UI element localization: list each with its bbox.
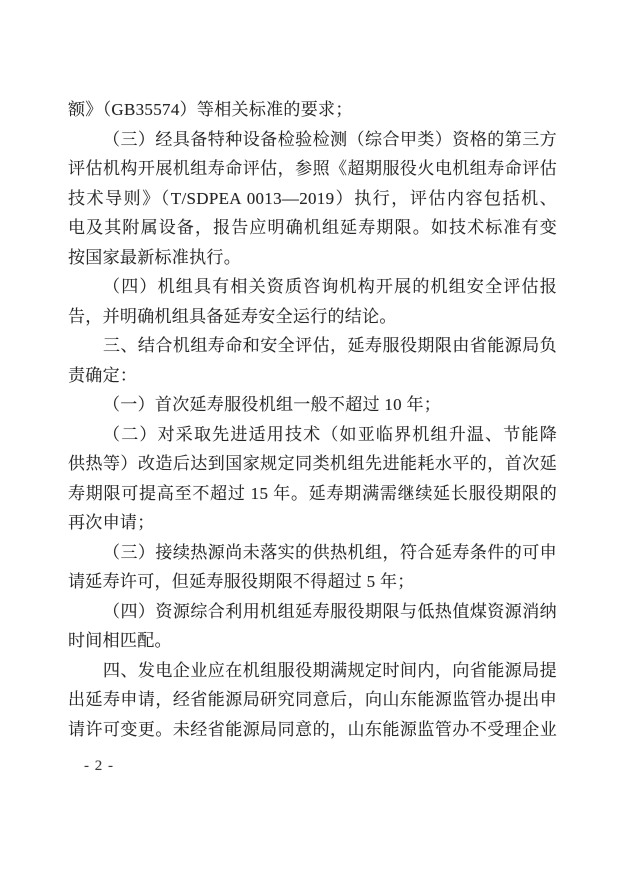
text-line: （三）接续热源尚未落实的供热机组，符合延寿条件的可申 — [68, 538, 557, 568]
text-line: 额》（GB35574）等相关标准的要求； — [68, 95, 557, 125]
text-line: （二）对采取先进适用技术（如亚临界机组升温、节能降耗、 — [68, 420, 557, 450]
text-line: 寿期限可提高至不超过 15 年。延寿期满需继续延长服役期限的应 — [68, 479, 557, 509]
page-number: - 2 - — [84, 756, 114, 776]
text-line: 供热等）改造后达到国家规定同类机组先进能耗水平的，首次延 — [68, 449, 557, 479]
text-line: 请延寿许可，但延寿服役期限不得超过 5 年； — [68, 567, 557, 597]
text-line: （四）资源综合利用机组延寿服役期限与低热值煤资源消纳 — [68, 597, 557, 627]
text-line: 三、结合机组寿命和安全评估，延寿服役期限由省能源局负 — [68, 331, 557, 361]
text-line: 出延寿申请，经省能源局研究同意后，向山东能源监管办提出申 — [68, 685, 557, 715]
text-line: （一）首次延寿服役机组一般不超过 10 年； — [68, 390, 557, 420]
text-line: 再次申请； — [68, 508, 557, 538]
text-line: 技术导则》（T/SDPEA 0013—2019）执行，评估内容包括机、炉、 — [68, 184, 557, 214]
document-page: 额》（GB35574）等相关标准的要求；（三）经具备特种设备检验检测（综合甲类）… — [0, 0, 619, 876]
document-body: 额》（GB35574）等相关标准的要求；（三）经具备特种设备检验检测（综合甲类）… — [68, 95, 557, 744]
text-line: （四）机组具有相关资质咨询机构开展的机组安全评估报 — [68, 272, 557, 302]
text-line: 责确定： — [68, 361, 557, 391]
text-line: 电及其附属设备，报告应明确机组延寿期限。如技术标准有变化， — [68, 213, 557, 243]
text-line: 按国家最新标准执行。 — [68, 243, 557, 273]
text-line: 四、发电企业应在机组服役期满规定时间内，向省能源局提 — [68, 656, 557, 686]
text-line: 告，并明确机组具备延寿安全运行的结论。 — [68, 302, 557, 332]
text-line: （三）经具备特种设备检验检测（综合甲类）资格的第三方 — [68, 125, 557, 155]
text-line: 时间相匹配。 — [68, 626, 557, 656]
text-line: 请许可变更。未经省能源局同意的，山东能源监管办不受理企业 — [68, 715, 557, 745]
text-line: 评估机构开展机组寿命评估，参照《超期服役火电机组寿命评估 — [68, 154, 557, 184]
